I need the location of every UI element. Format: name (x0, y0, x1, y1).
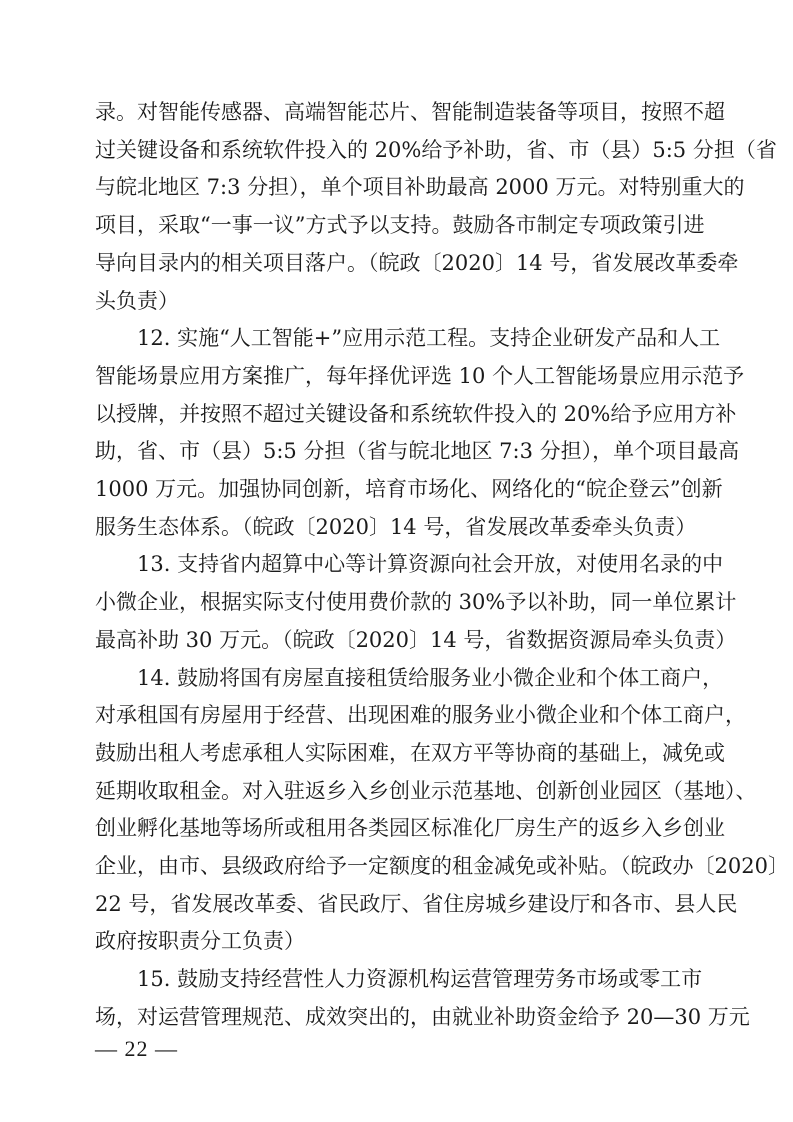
text-line: 智能场景应用方案推广，每年择优评选 10 个人工智能场景应用示范予 (95, 358, 701, 396)
text-line: 延期收取租金。对入驻返乡入乡创业示范基地、创新创业园区（基地）、 (95, 773, 701, 811)
text-line: 场，对运营管理规范、成效突出的，由就业补助资金给予 20—30 万元 (95, 999, 701, 1037)
text-line: 22 号，省发展改革委、省民政厅、省住房城乡建设厅和各市、县人民 (95, 886, 701, 924)
text-line: 对承租国有房屋用于经营、出现困难的服务业小微企业和个体工商户， (95, 697, 701, 735)
text-line: 12. 实施“人工智能+”应用示范工程。支持企业研发产品和人工 (95, 320, 701, 358)
paragraph-p11-cont: 录。对智能传感器、高端智能芯片、智能制造装备等项目，按照不超过关键设备和系统软件… (95, 94, 701, 320)
page-number: — 22 — (95, 1036, 178, 1062)
text-line: 企业，由市、县级政府给予一定额度的租金减免或补贴。（皖政办〔2020〕 (95, 848, 701, 886)
text-line: 鼓励出租人考虑承租人实际困难，在双方平等协商的基础上，减免或 (95, 735, 701, 773)
paragraph-p14: 14. 鼓励将国有房屋直接租赁给服务业小微企业和个体工商户，对承租国有房屋用于经… (95, 660, 701, 962)
text-line: 创业孵化基地等场所或租用各类园区标准化厂房生产的返乡入乡创业 (95, 810, 701, 848)
paragraph-p12: 12. 实施“人工智能+”应用示范工程。支持企业研发产品和人工智能场景应用方案推… (95, 320, 701, 546)
text-line: 最高补助 30 万元。（皖政〔2020〕14 号，省数据资源局牵头负责） (95, 622, 701, 660)
text-line: 项目，采取“一事一议”方式予以支持。鼓励各市制定专项政策引进 (95, 207, 701, 245)
text-line: 过关键设备和系统软件投入的 20%给予补助，省、市（县）5:5 分担（省 (95, 132, 701, 170)
paragraph-p13: 13. 支持省内超算中心等计算资源向社会开放，对使用名录的中小微企业，根据实际支… (95, 546, 701, 659)
text-line: 15. 鼓励支持经营性人力资源机构运营管理劳务市场或零工市 (95, 961, 701, 999)
text-line: 小微企业，根据实际支付使用费价款的 30%予以补助，同一单位累计 (95, 584, 701, 622)
text-line: 政府按职责分工负责） (95, 923, 701, 961)
text-line: 14. 鼓励将国有房屋直接租赁给服务业小微企业和个体工商户， (95, 660, 701, 698)
text-line: 与皖北地区 7:3 分担），单个项目补助最高 2000 万元。对特别重大的 (95, 169, 701, 207)
paragraph-p15: 15. 鼓励支持经营性人力资源机构运营管理劳务市场或零工市场，对运营管理规范、成… (95, 961, 701, 1036)
text-line: 以授牌，并按照不超过关键设备和系统软件投入的 20%给予应用方补 (95, 396, 701, 434)
text-line: 1000 万元。加强协同创新，培育市场化、网络化的“皖企登云”创新 (95, 471, 701, 509)
document-body: 录。对智能传感器、高端智能芯片、智能制造装备等项目，按照不超过关键设备和系统软件… (95, 94, 701, 1037)
text-line: 头负责） (95, 283, 701, 321)
text-line: 服务生态体系。（皖政〔2020〕14 号，省发展改革委牵头负责） (95, 509, 701, 547)
text-line: 导向目录内的相关项目落户。（皖政〔2020〕14 号，省发展改革委牵 (95, 245, 701, 283)
text-line: 助，省、市（县）5:5 分担（省与皖北地区 7:3 分担），单个项目最高 (95, 433, 701, 471)
text-line: 13. 支持省内超算中心等计算资源向社会开放，对使用名录的中 (95, 546, 701, 584)
text-line: 录。对智能传感器、高端智能芯片、智能制造装备等项目，按照不超 (95, 94, 701, 132)
